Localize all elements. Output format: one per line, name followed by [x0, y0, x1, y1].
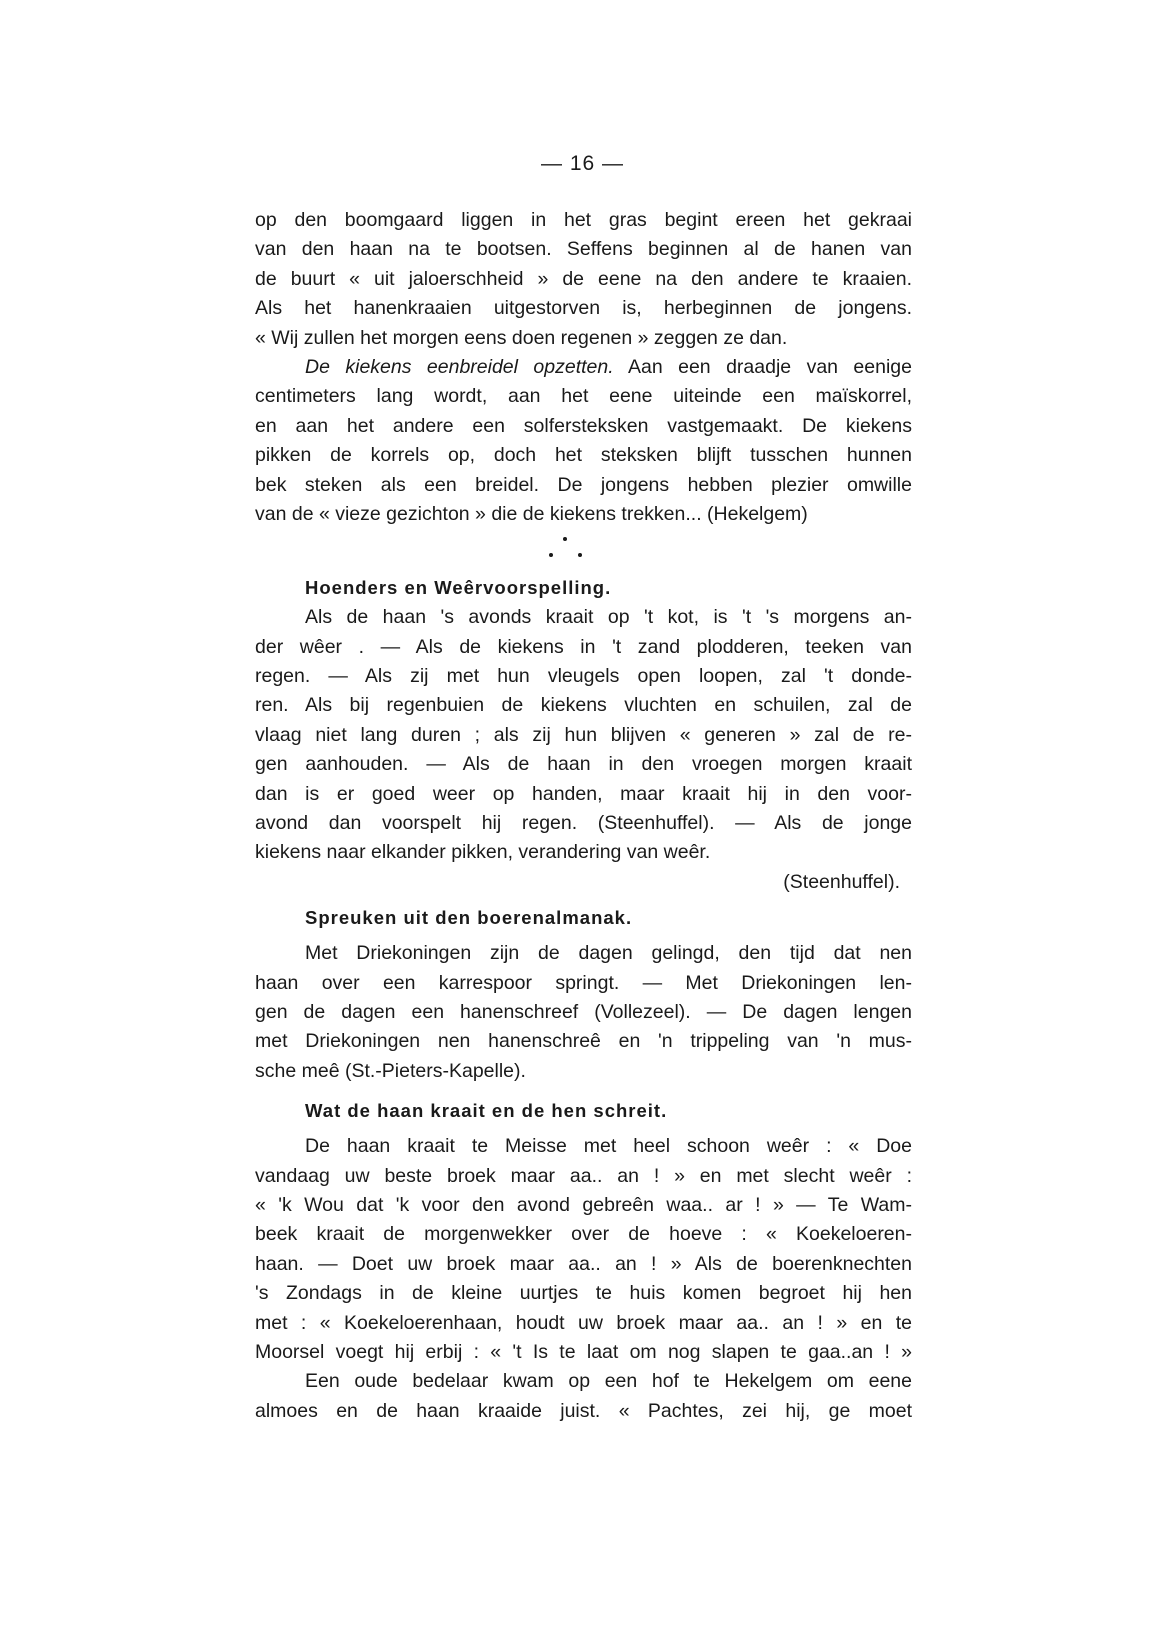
text-line: vandaag uw beste broek maar aa.. an ! » …	[255, 1162, 912, 1191]
spacer	[255, 1086, 912, 1096]
text-line: van den haan na te bootsen. Seffens begi…	[255, 235, 912, 264]
text-line: dan is er goed weer op handen, maar kraa…	[255, 780, 912, 809]
asterism-separator	[255, 529, 912, 573]
text-line: sche meê (St.-Pieters-Kapelle).	[255, 1057, 912, 1086]
text-line: met Driekoningen nen hanenschreê en 'n t…	[255, 1027, 912, 1056]
source-attribution: (Steenhuffel).	[255, 868, 912, 897]
text-line: Een oude bedelaar kwam op een hof te Hek…	[255, 1367, 912, 1396]
text-line: Als het hanenkraaien uitgestorven is, he…	[255, 294, 912, 323]
book-page: — 16 — op den boomgaard liggen in het gr…	[0, 0, 1165, 1650]
intro-paragraph: op den boomgaard liggen in het gras begi…	[255, 206, 912, 353]
text-line: centimeters lang wordt, aan het eene uit…	[255, 382, 912, 411]
text-line: Als de haan 's avonds kraait op 't kot, …	[255, 603, 912, 632]
text-line: Moorsel voegt hij erbij : « 't Is te laa…	[255, 1338, 912, 1367]
text-line: regen. — Als zij met hun vleugels open l…	[255, 662, 912, 691]
text-line: vlaag niet lang duren ; als zij hun blij…	[255, 721, 912, 750]
text-line: De kiekens eenbreidel opzetten. Aan een …	[255, 353, 912, 382]
text-line: der wêer . — Als de kiekens in 't zand p…	[255, 633, 912, 662]
text-line: van de « vieze gezichton » die de kieken…	[255, 500, 912, 529]
text-line: bek steken als een breidel. De jongens h…	[255, 471, 912, 500]
section-heading: Spreuken uit den boerenalmanak.	[255, 903, 912, 933]
section-weervoorspelling: Hoenders en Weêrvoorspelling. Als de haa…	[255, 573, 912, 897]
text-line: met : « Koekeloerenhaan, houdt uw broek …	[255, 1309, 912, 1338]
text-line: gen aanhouden. — Als de haan in den vroe…	[255, 750, 912, 779]
text-line: Met Driekoningen zijn de dagen gelingd, …	[255, 939, 912, 968]
text-line: haan. — Doet uw broek maar aa.. an ! » A…	[255, 1250, 912, 1279]
page-body: op den boomgaard liggen in het gras begi…	[255, 206, 912, 1426]
asterism-dot	[578, 553, 582, 557]
paragraph-title: De kiekens eenbreidel opzetten.	[305, 356, 614, 378]
section-heading: Wat de haan kraait en de hen schreit.	[255, 1096, 912, 1126]
asterism-dot	[563, 537, 567, 541]
kiekens-paragraph: De kiekens eenbreidel opzetten. Aan een …	[255, 353, 912, 529]
text-line: avond dan voorspelt hij regen. (Steenhuf…	[255, 809, 912, 838]
text-line: almoes en de haan kraaide juist. « Pacht…	[255, 1397, 912, 1426]
text-line: « 'k Wou dat 'k voor den avond gebreên w…	[255, 1191, 912, 1220]
text-line: de buurt « uit jaloerschheid » de eene n…	[255, 265, 912, 294]
text-line: gen de dagen een hanenschreef (Vollezeel…	[255, 998, 912, 1027]
text-line: en aan het andere een solfersteksken vas…	[255, 412, 912, 441]
text-line: haan over een karrespoor springt. — Met …	[255, 969, 912, 998]
text-line: kiekens naar elkander pikken, veranderin…	[255, 838, 912, 867]
paragraph-text: Aan een draadje van eenige	[614, 356, 912, 378]
section-haan-kraait: Wat de haan kraait en de hen schreit. De…	[255, 1096, 912, 1426]
text-line: beek kraait de morgenwekker over de hoev…	[255, 1220, 912, 1249]
section-spreuken: Spreuken uit den boerenalmanak. Met Drie…	[255, 903, 912, 1086]
page-number: — 16 —	[0, 152, 1165, 176]
text-line: op den boomgaard liggen in het gras begi…	[255, 206, 912, 235]
text-line: pikken de korrels op, doch het steksken …	[255, 441, 912, 470]
text-line: ren. Als bij regenbuien de kiekens vluch…	[255, 691, 912, 720]
text-line: « Wij zullen het morgen eens doen regene…	[255, 324, 912, 353]
text-line: De haan kraait te Meisse met heel schoon…	[255, 1132, 912, 1161]
section-heading: Hoenders en Weêrvoorspelling.	[255, 573, 912, 603]
asterism-dot	[549, 553, 553, 557]
text-line: 's Zondags in de kleine uurtjes te huis …	[255, 1279, 912, 1308]
